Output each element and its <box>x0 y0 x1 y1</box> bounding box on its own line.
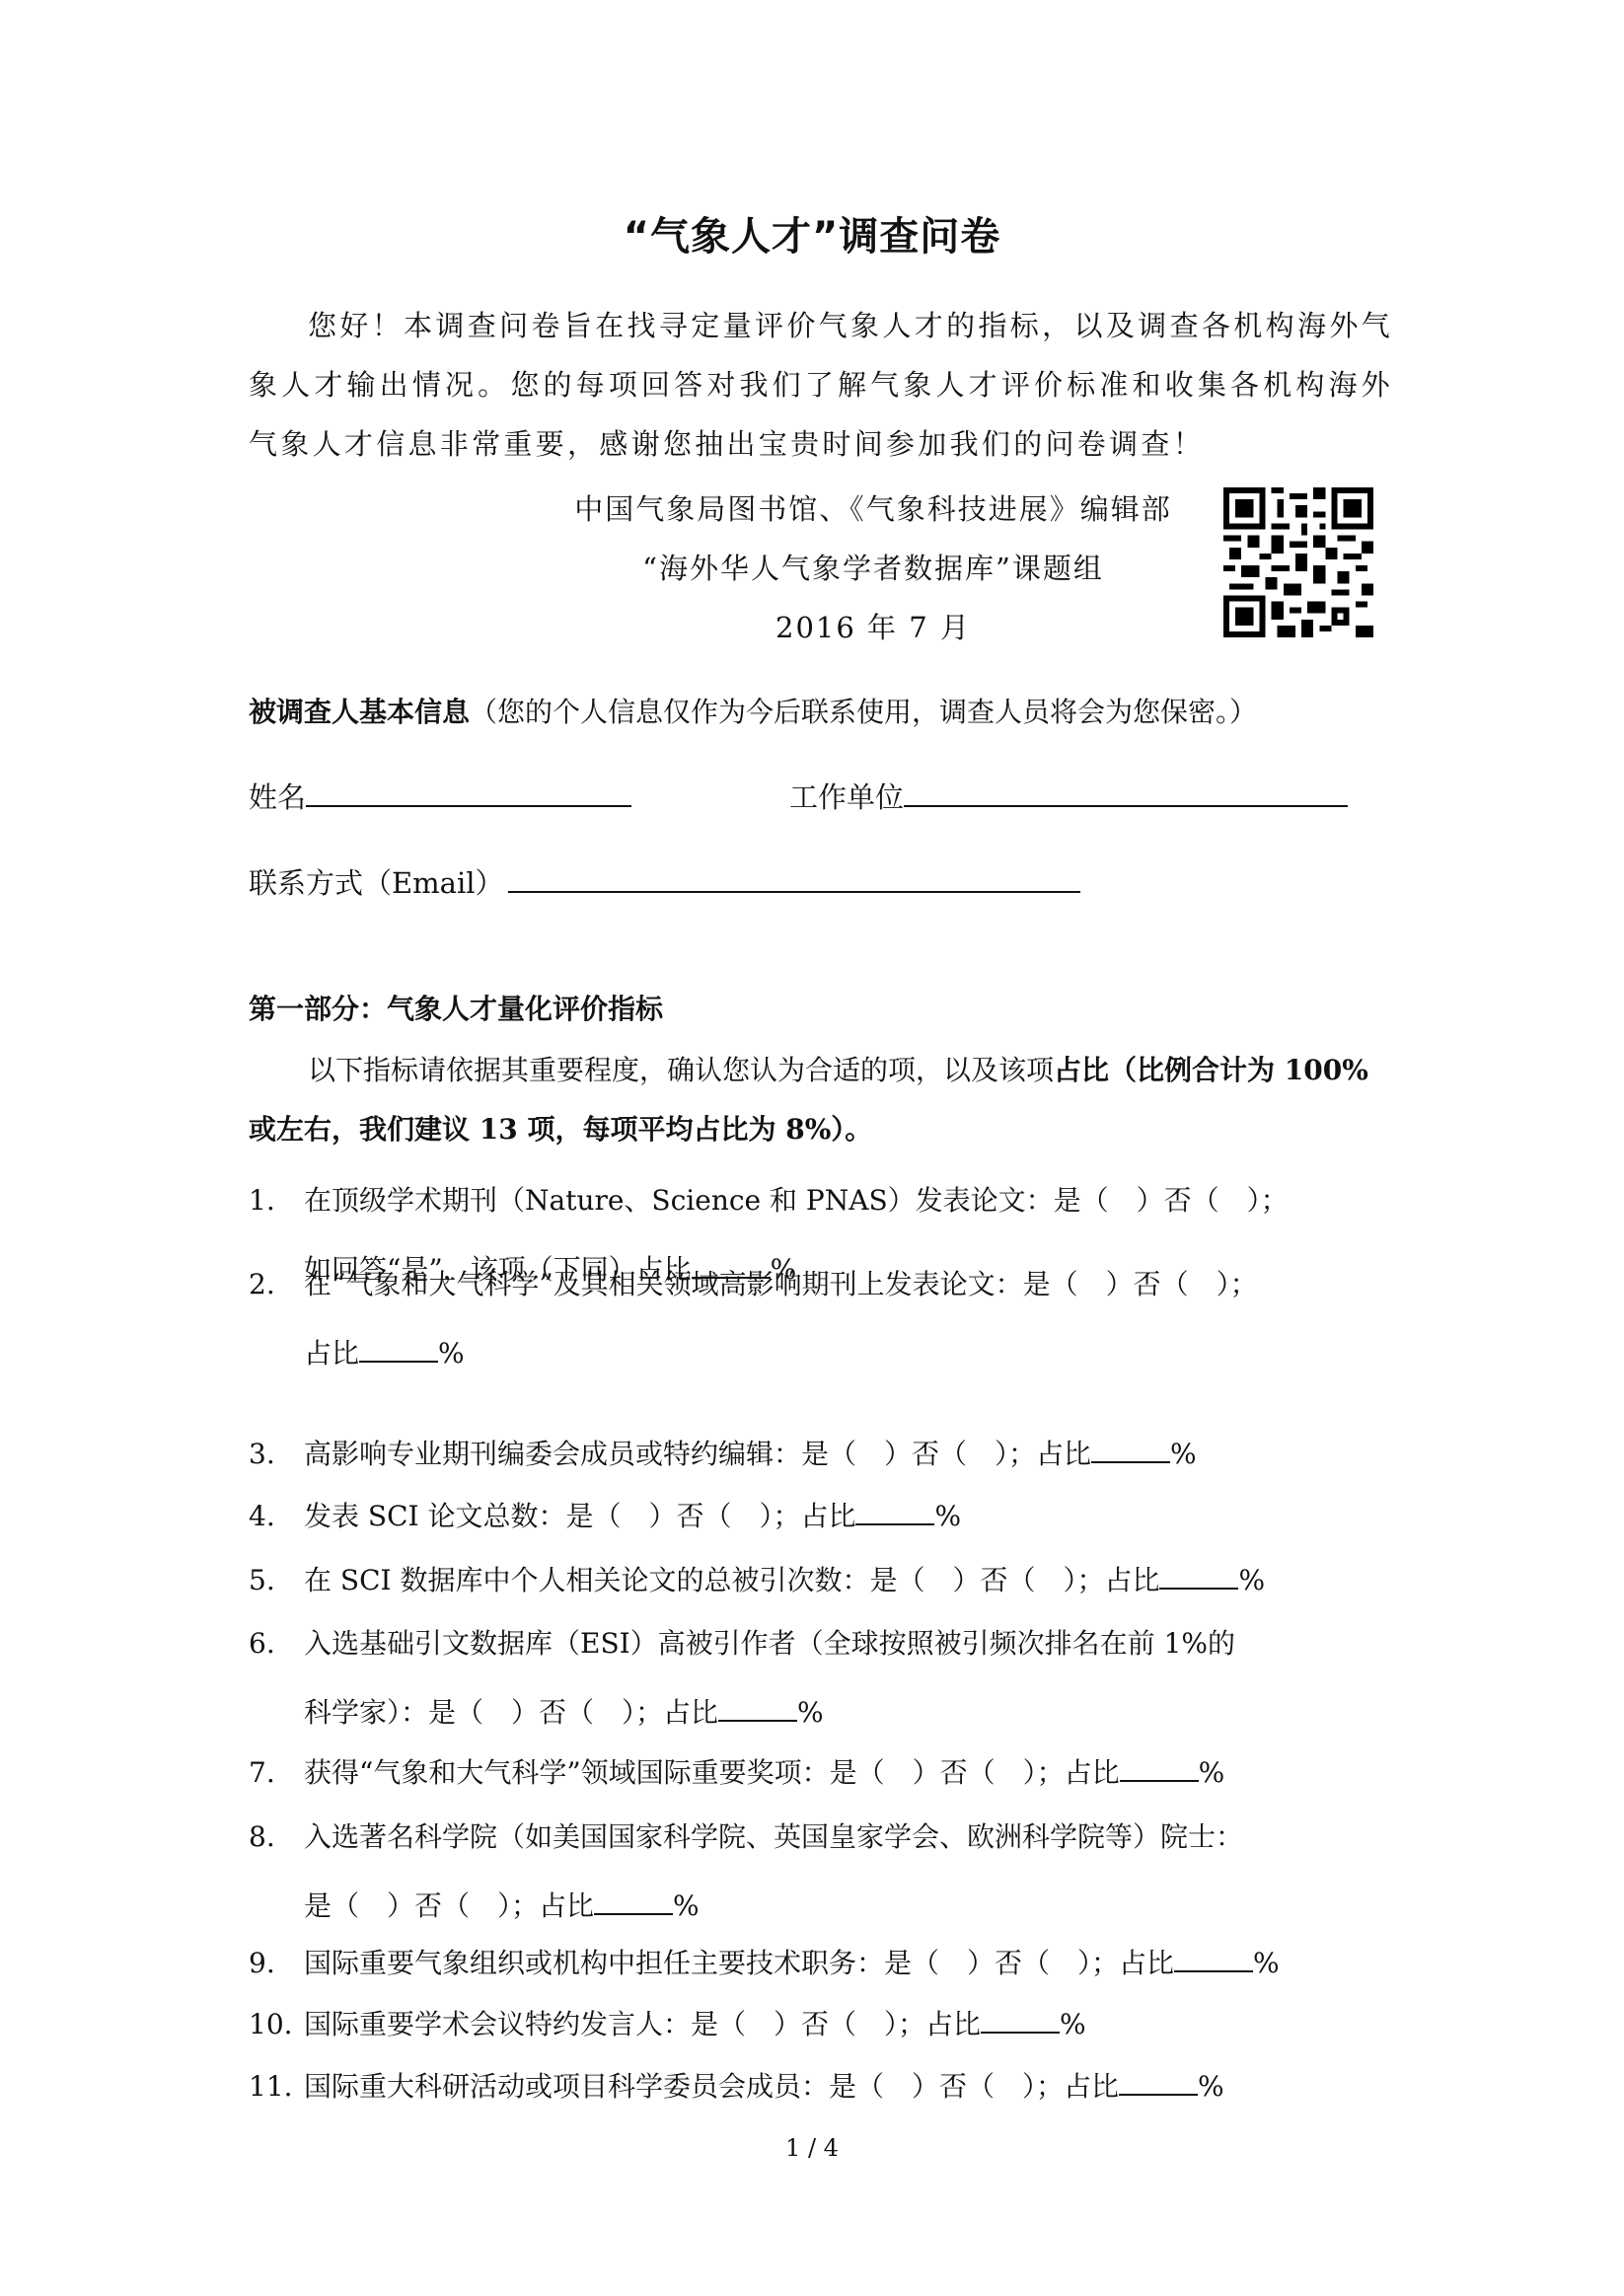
question-number: 10. <box>249 2008 304 2040</box>
percent-sign: % <box>1253 1947 1280 1979</box>
question-text: 国际重要学术会议特约发言人：是（ ）否（ ）；占比 <box>304 2008 981 2040</box>
respondent-info-heading: 被调查人基本信息（您的个人信息仅作为今后联系使用，调查人员将会为您保密。） <box>249 691 1257 730</box>
question-line2-text: 占比 <box>304 1337 359 1370</box>
question-continuation: 占比% <box>249 1332 1403 1371</box>
question-line2-text: 是（ ）否（ ）；占比 <box>304 1889 594 1922</box>
question-continuation: 是（ ）否（ ）；占比% <box>249 1885 1403 1924</box>
percentage-input[interactable] <box>359 1337 438 1363</box>
question-number: 2. <box>249 1268 304 1300</box>
question-text: 发表 SCI 论文总数：是（ ）否（ ）；占比 <box>304 1500 855 1532</box>
question-item: 9.国际重要气象组织或机构中担任主要技术职务：是（ ）否（ ）；占比% <box>249 1942 1403 1981</box>
percent-sign: % <box>1238 1564 1265 1596</box>
qr-code-icon <box>1223 487 1373 637</box>
question-text: 在 SCI 数据库中个人相关论文的总被引次数：是（ ）否（ ）；占比 <box>304 1564 1159 1596</box>
question-item: 5.在 SCI 数据库中个人相关论文的总被引次数：是（ ）否（ ）；占比% <box>249 1559 1403 1598</box>
percent-sign: % <box>1199 1756 1225 1789</box>
organization-line-1: 中国气象局图书馆、《气象科技进展》编辑部 <box>528 487 1218 528</box>
question-item: 6.入选基础引文数据库（ESI）高被引作者（全球按照被引频次排名在前 1%的科学… <box>249 1622 1403 1731</box>
question-text: 在顶级学术期刊（Nature、Science 和 PNAS）发表论文：是（ ）否… <box>304 1184 1289 1217</box>
percent-sign: % <box>673 1889 700 1922</box>
question-item: 7.获得“气象和大气科学”领域国际重要奖项：是（ ）否（ ）；占比% <box>249 1751 1403 1791</box>
question-text: 国际重大科研活动或项目科学委员会成员：是（ ）否（ ）；占比 <box>304 2070 1119 2103</box>
section-1-title: 第一部分：气象人才量化评价指标 <box>249 988 663 1027</box>
survey-date: 2016 年 7 月 <box>528 606 1218 646</box>
percentage-input[interactable] <box>855 1500 934 1525</box>
question-item: 2.在“气象和大气科学”及其相关领域高影响期刊上发表论文：是（ ）否（ ）；占比… <box>249 1263 1403 1371</box>
question-number: 1. <box>249 1184 304 1217</box>
email-label: 联系方式（Email） <box>249 866 504 900</box>
question-number: 9. <box>249 1947 304 1979</box>
percentage-input[interactable] <box>981 2008 1060 2034</box>
question-item: 3.高影响专业期刊编委会成员或特约编辑：是（ ）否（ ）；占比% <box>249 1433 1403 1472</box>
percent-sign: % <box>1198 2070 1224 2103</box>
question-text: 在“气象和大气科学”及其相关领域高影响期刊上发表论文：是（ ）否（ ）； <box>304 1268 1258 1300</box>
question-item: 10.国际重要学术会议特约发言人：是（ ）否（ ）；占比% <box>249 2003 1403 2042</box>
question-item: 11.国际重大科研活动或项目科学委员会成员：是（ ）否（ ）；占比% <box>249 2065 1403 2105</box>
percentage-input[interactable] <box>1120 1756 1199 1782</box>
question-number: 7. <box>249 1756 304 1789</box>
organization-field-row: 工作单位 <box>789 776 1348 816</box>
email-field-row: 联系方式（Email） <box>249 861 1080 902</box>
question-continuation: 科学家）：是（ ）否（ ）；占比% <box>249 1691 1403 1731</box>
name-field-row: 姓名 <box>249 776 631 816</box>
percentage-input[interactable] <box>1174 1947 1253 1972</box>
percentage-input[interactable] <box>1091 1438 1170 1463</box>
question-number: 4. <box>249 1500 304 1532</box>
question-number: 3. <box>249 1438 304 1470</box>
percent-sign: % <box>1170 1438 1197 1470</box>
question-number: 5. <box>249 1564 304 1596</box>
percentage-input[interactable] <box>594 1889 673 1915</box>
organization-field[interactable] <box>904 779 1348 807</box>
document-title: “气象人才”调查问卷 <box>0 205 1624 261</box>
section-1-description: 以下指标请依据其重要程度，确认您认为合适的项，以及该项占比（比例合计为 100%… <box>249 1041 1393 1159</box>
question-text: 高影响专业期刊编委会成员或特约编辑：是（ ）否（ ）；占比 <box>304 1438 1091 1470</box>
percent-sign: % <box>934 1500 961 1532</box>
question-text: 获得“气象和大气科学”领域国际重要奖项：是（ ）否（ ）；占比 <box>304 1756 1120 1789</box>
question-number: 11. <box>249 2070 304 2103</box>
intro-paragraph: 您好！本调查问卷旨在找寻定量评价气象人才的指标，以及调查各机构海外气象人才输出情… <box>249 296 1393 474</box>
percentage-input[interactable] <box>1159 1564 1238 1590</box>
question-line2-text: 科学家）：是（ ）否（ ）；占比 <box>304 1696 718 1729</box>
percent-sign: % <box>438 1337 465 1370</box>
section-1-desc-normal: 以下指标请依据其重要程度，确认您认为合适的项，以及该项 <box>308 1054 1054 1086</box>
question-text: 入选基础引文数据库（ESI）高被引作者（全球按照被引频次排名在前 1%的 <box>304 1627 1235 1660</box>
organization-line-2: “海外华人气象学者数据库”课题组 <box>528 547 1218 587</box>
question-number: 6. <box>249 1627 304 1660</box>
name-field[interactable] <box>306 779 631 807</box>
question-text: 国际重要气象组织或机构中担任主要技术职务：是（ ）否（ ）；占比 <box>304 1947 1174 1979</box>
question-item: 4.发表 SCI 论文总数：是（ ）否（ ）；占比% <box>249 1495 1403 1534</box>
percent-sign: % <box>797 1696 824 1729</box>
name-label: 姓名 <box>249 780 306 814</box>
question-number: 8. <box>249 1820 304 1853</box>
page-number: 1 / 4 <box>0 2134 1624 2162</box>
question-item: 8.入选著名科学院（如美国国家科学院、英国皇家学会、欧洲科学院等）院士：是（ ）… <box>249 1815 1403 1924</box>
percentage-input[interactable] <box>718 1696 797 1722</box>
email-field[interactable] <box>508 865 1080 893</box>
organization-label: 工作单位 <box>789 780 904 814</box>
privacy-note: （您的个人信息仅作为今后联系使用，调查人员将会为您保密。） <box>470 696 1257 728</box>
percent-sign: % <box>1060 2008 1086 2040</box>
respondent-heading: 被调查人基本信息 <box>249 696 470 728</box>
percentage-input[interactable] <box>1119 2070 1198 2096</box>
question-text: 入选著名科学院（如美国国家科学院、英国皇家学会、欧洲科学院等）院士： <box>304 1820 1243 1853</box>
